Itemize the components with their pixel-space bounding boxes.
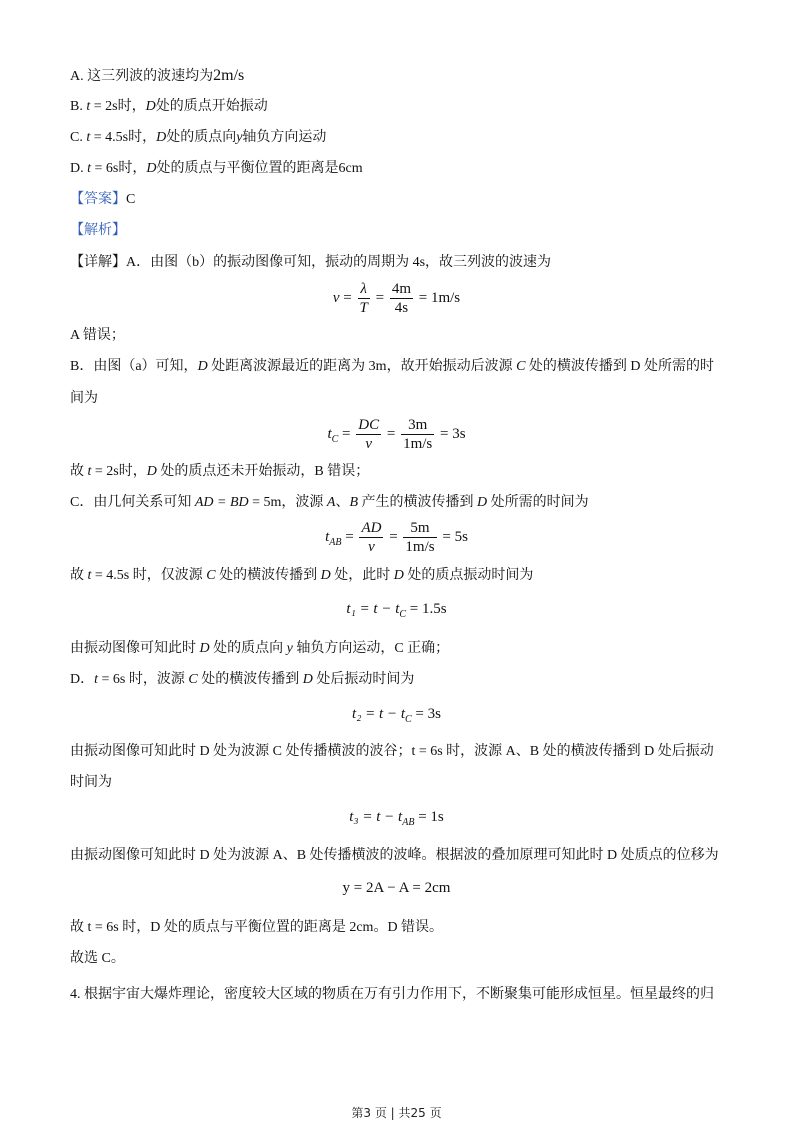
- detail-text: 处，此时: [331, 568, 394, 583]
- var-d: D: [477, 495, 487, 510]
- var-d: D: [200, 641, 210, 656]
- option-label: D.: [70, 161, 84, 176]
- detail-text: 、: [335, 495, 349, 510]
- option-eq: = 2s: [90, 99, 117, 114]
- var-d: D: [146, 99, 156, 114]
- var-d: D: [321, 568, 331, 583]
- next-question: 4. 根据宇宙大爆炸理论，密度较大区域的物质在万有引力作用下，不断聚集可能形成恒…: [70, 985, 714, 1005]
- detail-text: 时，波源: [125, 672, 188, 687]
- option-b: B. t = 2s时，D处的质点开始振动: [70, 97, 268, 117]
- option-text: 这三列波的波速均为: [87, 69, 213, 84]
- var-d: D: [156, 130, 166, 145]
- detail-d-text2: 由振动图像可知此时 D 处为波源 C 处传播横波的波谷；t = 6s 时，波源 …: [70, 742, 714, 762]
- var-c: C: [206, 568, 215, 583]
- option-a: A. 这三列波的波速均为2m/s: [70, 66, 244, 87]
- answer-value: C: [126, 192, 135, 207]
- equation-tc: tC = DCv = 3m1m/s = 3s: [0, 416, 793, 453]
- detail-text: 故: [70, 464, 88, 479]
- var-d: D: [147, 464, 157, 479]
- eq-sub: AB: [329, 537, 341, 548]
- numerator: AD: [359, 519, 383, 538]
- detail-text: 处后振动时间为: [313, 672, 415, 687]
- detail-text: A 错误；: [70, 328, 125, 343]
- option-text: 时，: [128, 130, 156, 145]
- detail-text: D．: [70, 672, 94, 687]
- fraction: 3m1m/s: [401, 416, 434, 453]
- eq-result: = 3s: [412, 706, 441, 722]
- eq-sub: C: [332, 434, 339, 445]
- eq-text: y = 2A − A = 2cm: [343, 880, 451, 896]
- detail-b-text-cont: 间为: [70, 389, 98, 409]
- detail-text: 处的质点振动时间为: [404, 568, 534, 583]
- detail-d-text4: 由振动图像可知此时 D 处为波源 A、B 处传播横波的波峰。根据波的叠加原理可知…: [70, 846, 719, 866]
- equation-t2: t₂ = t − tC = 3s: [0, 706, 793, 725]
- option-text: 处的质点与平衡位置的距离是: [156, 161, 338, 176]
- option-text: 处的质点向: [166, 130, 236, 145]
- denominator: 4s: [390, 299, 413, 317]
- detail-c-text: C．由几何关系可知 AD = BD = 5m，波源 A、B 产生的横波传播到 D…: [70, 493, 589, 513]
- eq-result: = 1m/s: [419, 290, 460, 306]
- var-c: C: [188, 672, 197, 687]
- eq-text: t₁ = t − t: [346, 601, 399, 617]
- denominator: T: [358, 299, 370, 317]
- page-number: 第3 页 | 共25 页: [351, 1106, 441, 1120]
- detail-text: = 6s: [98, 672, 125, 687]
- detail-text: 处的横波传播到: [216, 568, 321, 583]
- option-c: C. t = 4.5s时，D处的质点向y轴负方向运动: [70, 128, 326, 148]
- detail-d-text3: 时间为: [70, 773, 112, 793]
- numerator: 5m: [403, 519, 436, 538]
- detail-text: 时，: [119, 464, 147, 479]
- option-label: B.: [70, 99, 83, 114]
- eq-text: t₂ = t − t: [352, 706, 405, 722]
- detail-text: 处的横波传播到 D 处所需的时: [525, 359, 714, 374]
- detail-text: 时间为: [70, 775, 112, 790]
- detail-a-text: 【详解】A．由图（b）的振动图像可知，振动的周期为 4s，故三列波的波速为: [70, 253, 551, 273]
- detail-tag: 【详解】: [70, 255, 126, 270]
- equation-velocity: v = λT = 4m4s = 1m/s: [0, 280, 793, 317]
- var-b: B: [349, 495, 358, 510]
- eq-result: = 1s: [414, 809, 443, 825]
- fraction: 4m4s: [390, 280, 413, 317]
- option-value: 6cm: [338, 161, 362, 176]
- equation-tab: tAB = ADv = 5m1m/s = 5s: [0, 519, 793, 556]
- equation-t3: t₃ = t − tAB = 1s: [0, 809, 793, 828]
- eq-result: = 1.5s: [406, 601, 447, 617]
- detail-text: 时，仅波源: [129, 568, 206, 583]
- option-text: 时，: [118, 161, 146, 176]
- numerator: 3m: [401, 416, 434, 435]
- option-label: C.: [70, 130, 83, 145]
- answer-tag: 【答案】: [70, 192, 126, 207]
- question-text: 4. 根据宇宙大爆炸理论，密度较大区域的物质在万有引力作用下，不断聚集可能形成恒…: [70, 987, 714, 1002]
- equation-y: y = 2A − A = 2cm: [0, 880, 793, 897]
- eq-result: = 5s: [442, 529, 468, 545]
- eq-lhs: v: [333, 290, 340, 306]
- detail-text: = 5m: [249, 495, 282, 510]
- final-answer: 故选 C。: [70, 949, 125, 969]
- equation-t1: t₁ = t − tC = 1.5s: [0, 601, 793, 620]
- page-footer: 第3 页 | 共25 页: [0, 1104, 793, 1121]
- detail-text: 产生的横波传播到: [358, 495, 477, 510]
- detail-c-conclusion: 由振动图像可知此时 D 处的质点向 y 轴负方向运动，C 正确；: [70, 639, 449, 659]
- detail-d-conclusion: 故 t = 6s 时，D 处的质点与平衡位置的距离是 2cm。D 错误。: [70, 918, 443, 938]
- detail-text: 由振动图像可知此时 D 处为波源 C 处传播横波的波谷；t = 6s 时，波源 …: [70, 744, 714, 759]
- eq-text: t₃ = t − t: [349, 809, 402, 825]
- detail-text: 处所需的时间为: [487, 495, 589, 510]
- detail-text: 轴负方向运动，C 正确；: [293, 641, 449, 656]
- detail-text: = 2s: [91, 464, 118, 479]
- var-d: D: [303, 672, 313, 687]
- option-d: D. t = 6s时，D处的质点与平衡位置的距离是6cm: [70, 159, 363, 179]
- detail-text: 由振动图像可知此时 D 处为波源 A、B 处传播横波的波峰。根据波的叠加原理可知…: [70, 848, 719, 863]
- analysis-line: 【解析】: [70, 221, 126, 241]
- denominator: v: [356, 435, 381, 453]
- option-eq: = 4.5s: [90, 130, 128, 145]
- numerator: 4m: [390, 280, 413, 299]
- option-text: 轴负方向运动: [242, 130, 326, 145]
- detail-text: = 4.5s: [91, 568, 129, 583]
- denominator: 1m/s: [403, 538, 436, 556]
- denominator: 1m/s: [401, 435, 434, 453]
- answer-line: 【答案】C: [70, 190, 135, 210]
- detail-text: ，波源: [281, 495, 327, 510]
- option-value: 2m/s: [213, 67, 244, 84]
- detail-a-conclusion: A 错误；: [70, 326, 125, 346]
- fraction: ADv: [359, 519, 383, 556]
- var-d: D: [394, 568, 404, 583]
- eq-result: = 3s: [440, 426, 466, 442]
- numerator: DC: [356, 416, 381, 435]
- detail-text: 故 t = 6s 时，D 处的质点与平衡位置的距离是 2cm。D 错误。: [70, 920, 443, 935]
- eq-sub: C: [405, 714, 412, 725]
- denominator: v: [359, 538, 383, 556]
- detail-text: A．由图（b）的振动图像可知，振动的周期为 4s，故三列波的波速为: [126, 255, 551, 270]
- detail-text: 处距离波源最近的距离为 3m，故开始振动后波源: [208, 359, 516, 374]
- numerator: λ: [358, 280, 370, 299]
- detail-text: 处的质点还未开始振动，B 错误；: [157, 464, 369, 479]
- detail-b-conclusion: 故 t = 2s时，D 处的质点还未开始振动，B 错误；: [70, 462, 369, 482]
- detail-c-text2: 故 t = 4.5s 时，仅波源 C 处的横波传播到 D 处，此时 D 处的质点…: [70, 566, 533, 586]
- analysis-tag: 【解析】: [70, 223, 126, 238]
- option-label: A.: [70, 69, 84, 84]
- option-text: 处的质点开始振动: [156, 99, 268, 114]
- var-d: D: [198, 359, 208, 374]
- detail-text: 故: [70, 568, 88, 583]
- detail-text: 由振动图像可知此时: [70, 641, 200, 656]
- detail-text: 间为: [70, 391, 98, 406]
- option-text: 时，: [118, 99, 146, 114]
- fraction: 5m1m/s: [403, 519, 436, 556]
- fraction: DCv: [356, 416, 381, 453]
- detail-text: 处的质点向: [210, 641, 287, 656]
- var-d: D: [146, 161, 156, 176]
- fraction: λT: [358, 280, 370, 317]
- detail-d-text: D．t = 6s 时，波源 C 处的横波传播到 D 处后振动时间为: [70, 670, 414, 690]
- detail-text: B．由图（a）可知，: [70, 359, 198, 374]
- detail-text: 处的横波传播到: [198, 672, 303, 687]
- math-ad-bd: AD = BD: [195, 495, 249, 510]
- detail-b-text: B．由图（a）可知，D 处距离波源最近的距离为 3m，故开始振动后波源 C 处的…: [70, 357, 714, 377]
- eq-sub: AB: [402, 817, 414, 828]
- detail-text: 故选 C。: [70, 951, 125, 966]
- detail-text: C．由几何关系可知: [70, 495, 195, 510]
- option-eq: = 6s: [91, 161, 118, 176]
